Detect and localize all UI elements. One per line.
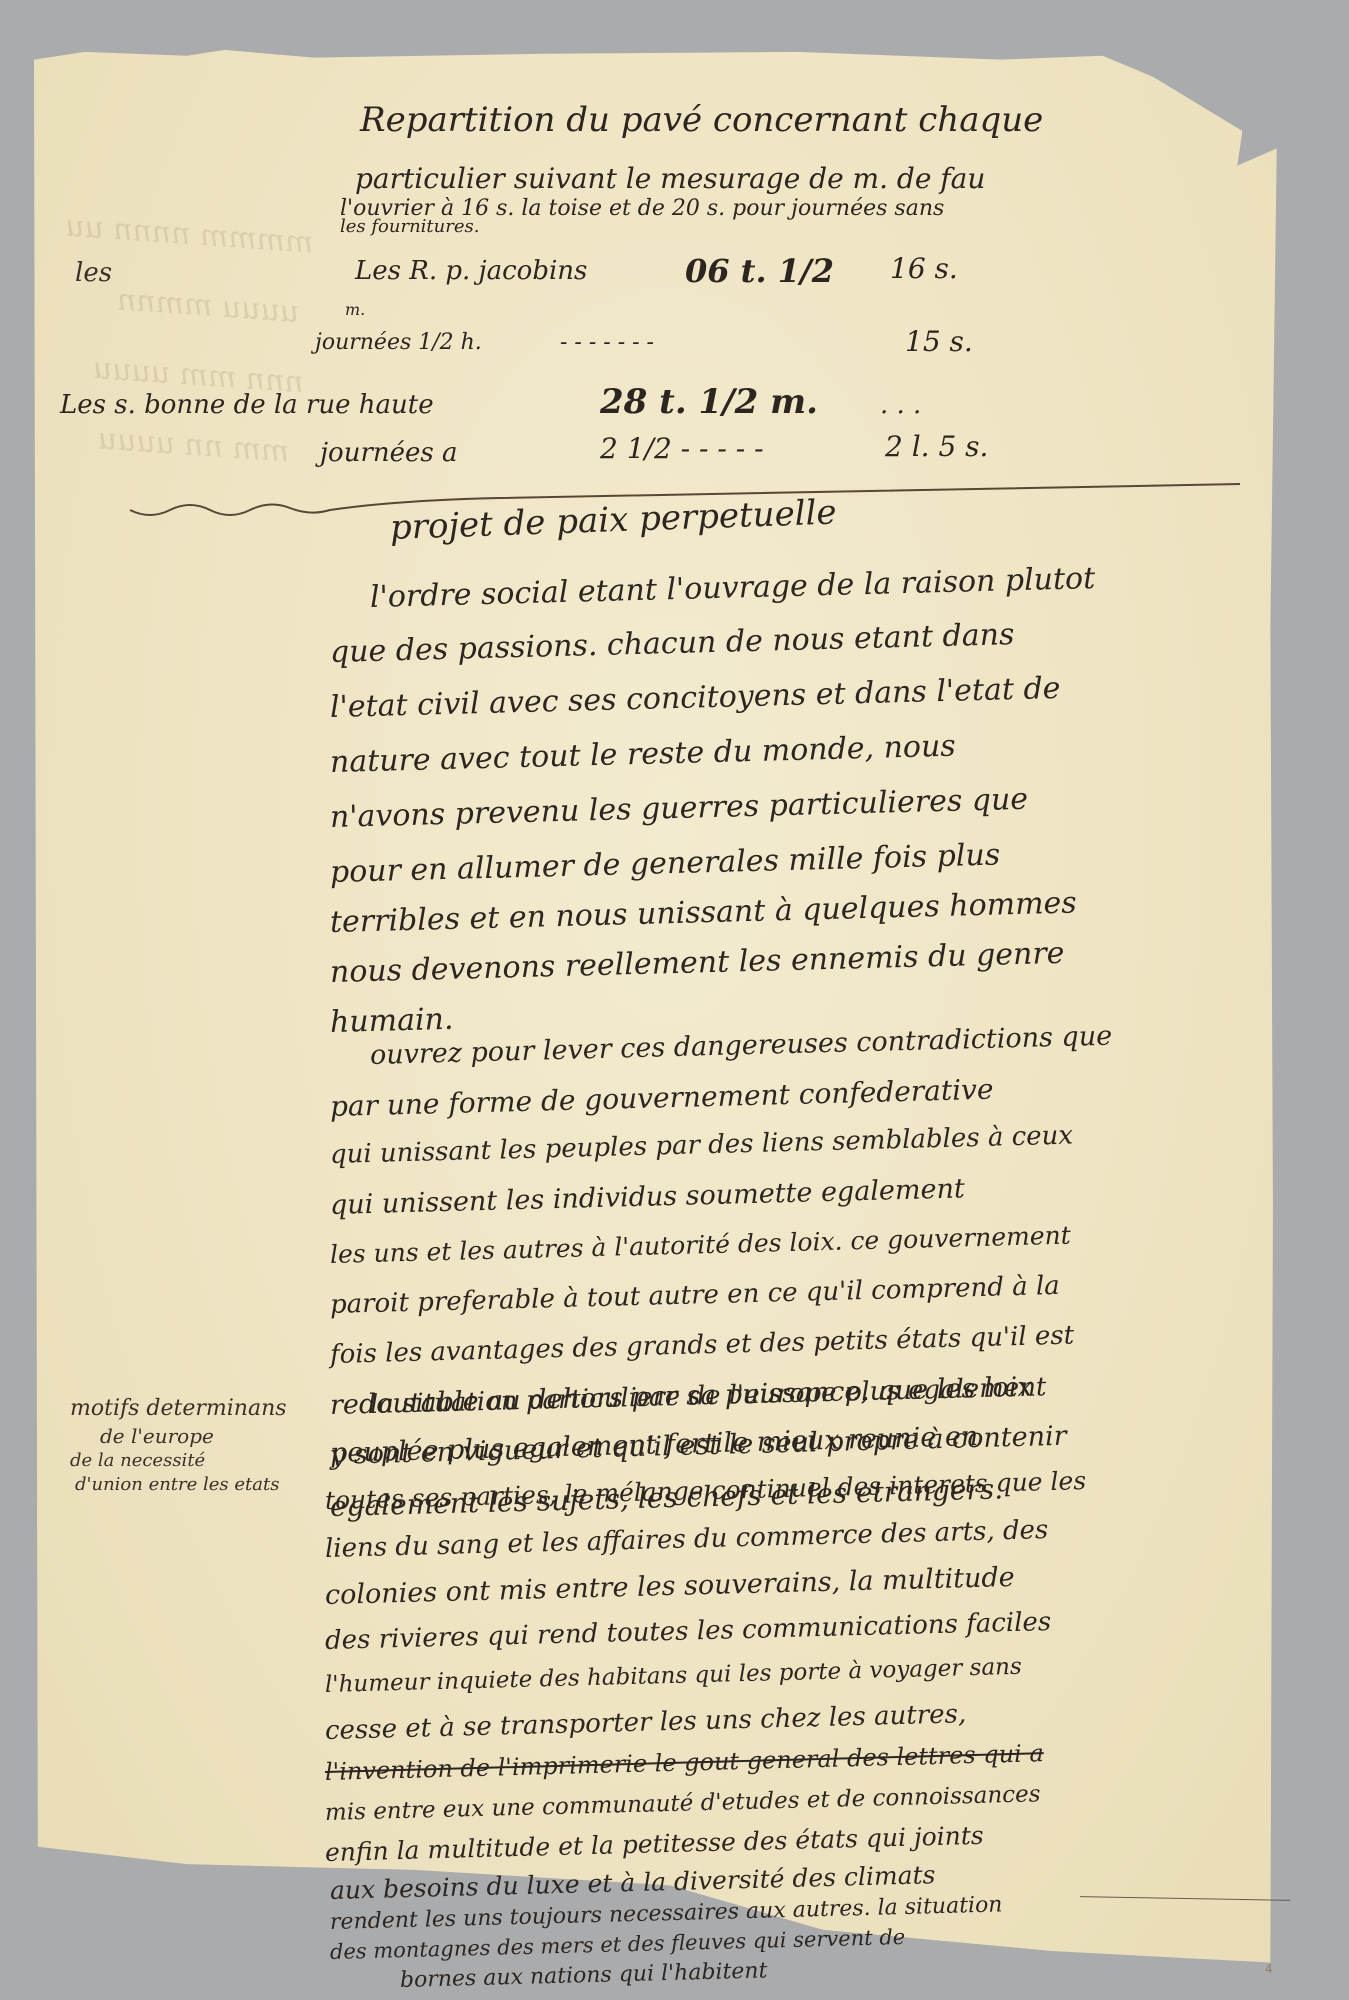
header-title-line-1: Repartition du pavé concernant chaque (360, 100, 1043, 140)
corner-mark: 4 (1265, 1962, 1273, 1976)
paragraph-1-line-9: humain. (330, 1002, 454, 1040)
ledger-row-4-value: 2 l. 5 s. (885, 430, 988, 463)
ledger-row-2-amount: - - - - - - - (560, 330, 654, 355)
ledger-row-2-superscript: m. (345, 300, 365, 319)
margin-note-line-1: motifs determinans (70, 1396, 287, 1421)
ledger-row-3-label: Les s. bonne de la rue haute (60, 390, 434, 420)
bleed-through-text: mmmm nnnn uu uuuu mmnn nnn mm uuuu mm nn… (48, 122, 321, 489)
ledger-row-1-label: Les R. p. jacobins (355, 256, 587, 286)
header-title-line-4: les fournitures. (340, 216, 479, 237)
ledger-row-2-label: journées 1/2 h. (315, 330, 482, 355)
margin-note-line-4: d'union entre les etats (75, 1474, 279, 1495)
ledger-row-3-amount: 28 t. 1/2 m. (600, 382, 818, 422)
header-title-line-2: particulier suivant le mesurage de m. de… (355, 162, 985, 195)
ledger-row-2-value: 15 s. (905, 325, 973, 358)
ledger-row-1-amount: 06 t. 1/2 (685, 252, 834, 290)
margin-note-line-3: de la necessité (70, 1450, 205, 1471)
ledger-row-4-label: journées a (320, 438, 458, 468)
ledger-margin-les: les (75, 258, 112, 288)
ledger-row-4-amount: 2 1/2 - - - - - (600, 432, 764, 465)
ledger-row-1-value: 16 s. (890, 252, 958, 285)
margin-note-line-2: de l'europe (100, 1424, 214, 1448)
paragraph-3-line-15: bornes aux nations qui l'habitent (400, 1958, 768, 1993)
ledger-row-3-value: . . . (880, 390, 921, 420)
